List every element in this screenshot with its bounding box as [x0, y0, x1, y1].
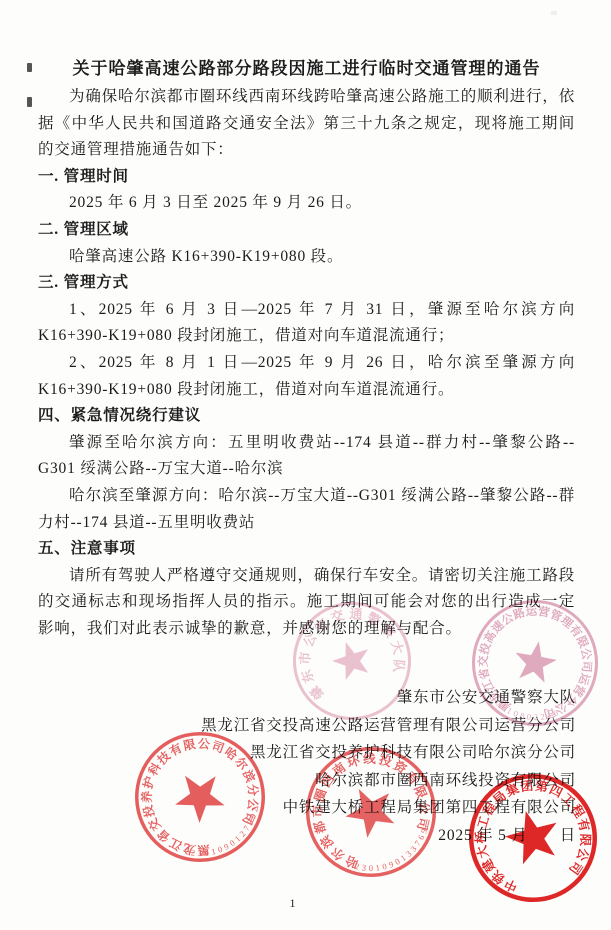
- document-body: 关于哈肇高速公路部分路段因施工进行临时交通管理的通告 为确保哈尔滨都市圈环线西南…: [38, 54, 575, 642]
- section-heading-4: 四、紧急情况绕行建议: [38, 403, 575, 430]
- section-paragraph: 2、2025 年 8 月 1 日—2025 年 9 月 26 日，哈尔滨至肇源方…: [38, 350, 575, 403]
- intro-paragraph: 为确保哈尔滨都市圈环线西南环线跨哈肇高速公路施工的顺利进行，依据《中华人民共和国…: [38, 84, 575, 164]
- svg-text:建: 建: [479, 856, 499, 876]
- svg-text:9: 9: [387, 859, 395, 870]
- page-number: 1: [0, 896, 598, 911]
- svg-text:投: 投: [477, 641, 494, 656]
- signature-line: 黑龙江省交投高速公路运营管理有限公司运营分公司: [16, 712, 576, 740]
- section-heading-5: 五、注意事项: [38, 536, 575, 563]
- document-page: 关于哈肇高速公路部分路段因施工进行临时交通管理的通告 为确保哈尔滨都市圈环线西南…: [0, 0, 611, 930]
- star-icon: [328, 636, 375, 682]
- svg-text:2: 2: [354, 861, 361, 872]
- svg-text:1: 1: [399, 853, 408, 864]
- svg-text:队: 队: [391, 659, 407, 674]
- date-prefix: 2025 年 5 月: [438, 827, 527, 844]
- section-paragraph: 1、2025 年 6 月 3 日—2025 年 7 月 31 日，肇源至哈尔滨方…: [38, 297, 575, 350]
- section-paragraph: 2025 年 6 月 3 日至 2025 年 9 月 26 日。: [38, 190, 575, 217]
- section-paragraph: 哈尔滨至肇源方向：哈尔滨--万宝大道--G301 绥满公路--肇黎公路--群力村…: [38, 483, 575, 536]
- svg-text:运: 运: [576, 671, 593, 687]
- scan-artifact: [551, 11, 557, 15]
- svg-text:司: 司: [566, 859, 585, 877]
- section-heading-2: 二. 管理区域: [38, 217, 575, 244]
- svg-text:铁: 铁: [488, 867, 508, 888]
- svg-text:公: 公: [578, 647, 593, 661]
- page-title: 关于哈肇高速公路部分路段因施工进行临时交通管理的通告: [38, 54, 575, 84]
- svg-text:1: 1: [375, 862, 380, 872]
- svg-text:司: 司: [579, 660, 594, 672]
- section-paragraph: 请所有驾驶人严格遵守交通规则，确保行车安全。请密切关注施工路段的交通标志和现场指…: [38, 563, 575, 643]
- signature-line: 肇东市公安交通警察大队: [16, 684, 576, 712]
- svg-text:哈: 哈: [343, 853, 361, 872]
- svg-text:3: 3: [198, 848, 202, 858]
- date-suffix: 日: [560, 827, 576, 844]
- svg-text:省: 省: [476, 666, 492, 681]
- svg-text:中: 中: [502, 876, 520, 895]
- svg-text:公: 公: [574, 846, 591, 863]
- svg-text:有: 有: [575, 817, 593, 833]
- star-icon: [511, 638, 559, 684]
- svg-text:东: 东: [298, 668, 316, 685]
- svg-text:限: 限: [578, 833, 592, 846]
- svg-text:限: 限: [574, 634, 592, 651]
- svg-text:3: 3: [361, 862, 366, 872]
- svg-text:市: 市: [297, 651, 313, 665]
- svg-text:0: 0: [393, 856, 401, 867]
- signature-line: 黑龙江省交投养护科技有限公司哈尔滨分公司: [16, 739, 576, 767]
- svg-text:3: 3: [404, 848, 414, 858]
- date-line: 2025 年 5 月日: [16, 822, 576, 850]
- svg-text:0: 0: [381, 861, 388, 872]
- signature-block: 肇东市公安交通警察大队 黑龙江省交投高速公路运营管理有限公司运营分公司 黑龙江省…: [16, 684, 576, 849]
- svg-text:0: 0: [369, 863, 373, 873]
- signature-line: 中铁建大桥工程局集团第四工程有限公司: [16, 794, 576, 822]
- section-paragraph: 肇源至哈尔滨方向：五里明收费站--174 县道--群力村--肇黎公路--G301…: [38, 430, 575, 483]
- scan-artifact: [27, 63, 32, 72]
- section-heading-3: 三. 管理方式: [38, 270, 575, 297]
- signature-line: 哈尔滨都市圈西南环线投资有限公司: [16, 767, 576, 795]
- svg-text:交: 交: [476, 655, 490, 667]
- section-heading-1: 一. 管理时间: [38, 164, 575, 191]
- section-paragraph: 哈肇高速公路 K16+390-K19+080 段。: [38, 244, 575, 271]
- scan-artifact: [27, 97, 32, 107]
